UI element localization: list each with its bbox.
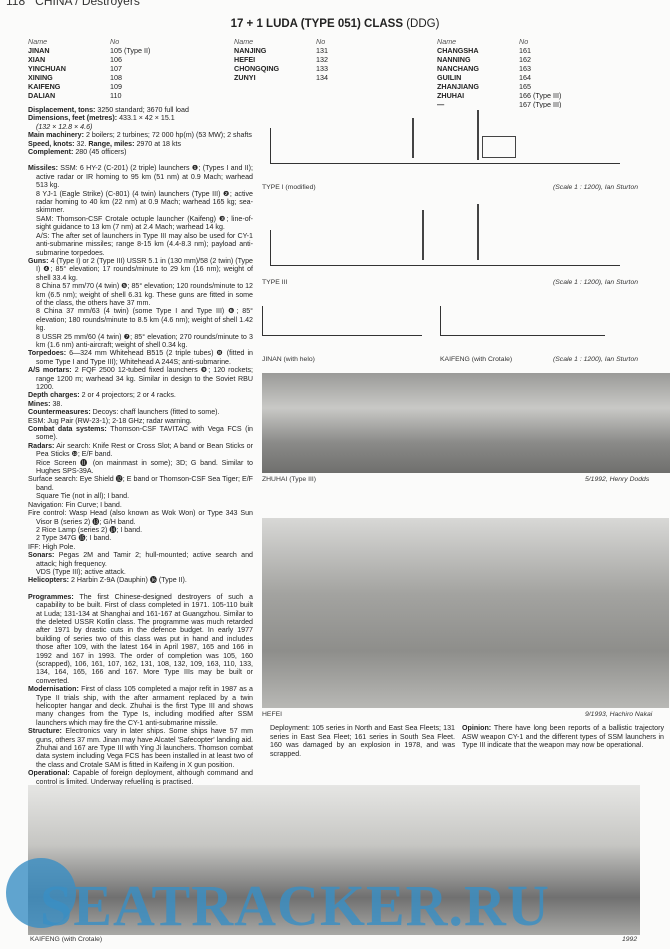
spec-complement: Complement: 280 (45 officers) (28, 148, 253, 156)
table-row: ZHUHAI166 (Type III) (437, 91, 561, 100)
weapon-guns: Guns: 4 (Type I) or 2 (Type III) USSR 5.… (28, 257, 253, 282)
table-row: NANJING131 (234, 46, 328, 55)
spec-machinery: Main machinery: 2 boilers; 2 turbines; 7… (28, 131, 253, 139)
page-number: 118 (6, 0, 25, 8)
spec-displacement: Displacement, tons: 3250 standard; 3670 … (28, 106, 253, 114)
table-row: XIAN106 (28, 55, 150, 64)
table-row: NANCHANG163 (437, 64, 561, 73)
deployment-text: Deployment: 105 series in North and East… (270, 724, 455, 758)
spec-dimensions: Dimensions, feet (metres): 433.1 × 42 × … (28, 114, 253, 131)
note-structure: Structure: Electronics vary in later shi… (28, 727, 253, 769)
drawing-kaifeng (440, 296, 605, 340)
table-row: ZUNYI134 (234, 73, 328, 82)
photo-zhuhai (262, 373, 670, 473)
table-row: DALIAN110 (28, 91, 150, 100)
weapon-torpedoes: Torpedoes: 6—324 mm Whitehead B515 (2 tr… (28, 349, 253, 366)
table-row: XINING108 (28, 73, 150, 82)
note-modernisation: Modernisation: First of class 105 comple… (28, 685, 253, 727)
photo-hefei (262, 518, 669, 708)
weapon-as-mortars: A/S mortars: 2 FQF 2500 12-tubed fixed l… (28, 366, 253, 391)
radars: Radars: Air search: Knife Rest or Cross … (28, 442, 253, 459)
class-title: 17 + 1 LUDA (TYPE 051) CLASS (DDG) (0, 18, 670, 30)
opinion-text: Opinion: There have long been reports of… (462, 724, 664, 750)
weapon-missiles: Missiles: SSM: 6 HY-2 (C-201) (2 triple)… (28, 164, 253, 189)
ships-table-col-3: NameNo CHANGSHA161 NANNING162 NANCHANG16… (437, 37, 561, 109)
table-row: YINCHUAN107 (28, 64, 150, 73)
specs-column: Displacement, tons: 3250 standard; 3670 … (28, 106, 253, 786)
note-programmes: Programmes: The first Chinese-designed d… (28, 593, 253, 685)
section-title: CHINA / Destroyers (35, 0, 140, 8)
ships-table-col-2: NameNo NANJING131 HEFEI132 CHONGQING133 … (234, 37, 328, 82)
table-row: NANNING162 (437, 55, 561, 64)
drawing-type-i (262, 108, 662, 188)
drawing-jinan (262, 296, 422, 340)
table-row: CHANGSHA161 (437, 46, 561, 55)
drawing-caption: TYPE I (modified) (262, 184, 316, 191)
table-row: HEFEI132 (234, 55, 328, 64)
ships-table-col-1: NameNo JINAN105 (Type II) XIAN106 YINCHU… (28, 37, 150, 100)
note-operational: Operational: Capable of foreign deployme… (28, 769, 253, 786)
drawing-type-iii (262, 202, 662, 280)
watermark: SEATRACKER.RU (40, 872, 550, 939)
table-row: KAIFENG109 (28, 82, 150, 91)
table-row: ZHANJIANG165 (437, 82, 561, 91)
spec-speed: Speed, knots: 32. Range, miles: 2970 at … (28, 140, 253, 148)
running-header: 118 CHINA / Destroyers (6, 0, 140, 8)
table-row: GUILIN164 (437, 73, 561, 82)
table-row: CHONGQING133 (234, 64, 328, 73)
table-row: JINAN105 (Type II) (28, 46, 150, 55)
